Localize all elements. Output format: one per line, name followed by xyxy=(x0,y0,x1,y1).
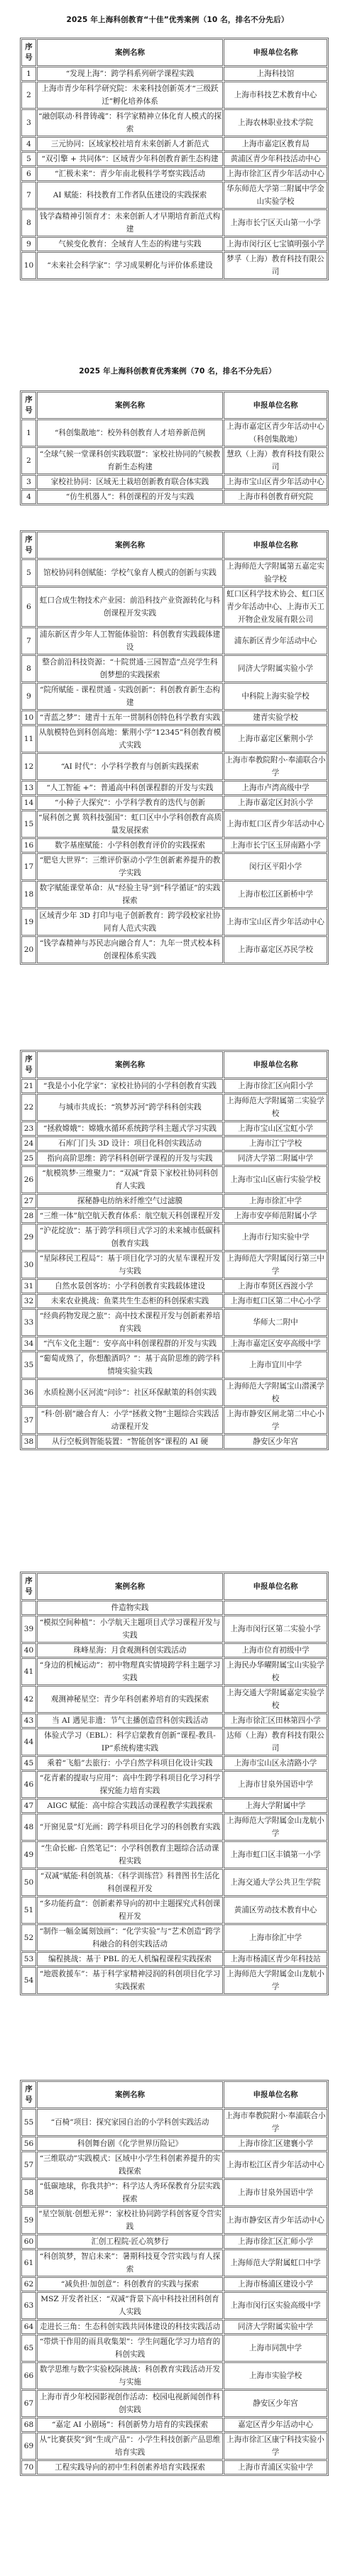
unit-name: 上海市行知实验中学 xyxy=(224,1224,327,1251)
table-row: 19区域青少年 3D 打印与电子创新教育：跨学段校家社协同育人范式实践上海市宝山… xyxy=(21,909,327,936)
row-number: 58 xyxy=(21,2179,36,2206)
unit-name: 上海市徐汇区向阳小学 xyxy=(224,1079,327,1093)
row-number: 52 xyxy=(21,1924,36,1951)
row-number: 1 xyxy=(21,67,36,81)
row-number: 8 xyxy=(21,209,36,236)
main-table-page-4: 序号案例名称申报单位名称件造物实践39“模拟空间种植”：小学航天主题项目式学习课… xyxy=(20,1572,329,1995)
row-number: 69 xyxy=(21,2433,36,2460)
top-ten-table: 序号案例名称申报单位名称1“发现上海”：跨学科系列研学课程实践上海科技馆2上海市… xyxy=(20,38,329,280)
case-name: 数学思维与数字实验校际挑战：科创教育实践活动开发与实施 xyxy=(37,2362,223,2389)
table-row: 14“小种子大探究”：小学科学教育的迭代与创新上海市嘉定区封浜小学 xyxy=(21,796,327,810)
row-number: 10 xyxy=(21,711,36,725)
unit-name: 上海市嘉定区苏民学校 xyxy=(224,936,327,963)
unit-name: 嘉定区青少年活动中心 xyxy=(224,2418,327,2432)
row-number: 12 xyxy=(21,753,36,780)
row-number: 40 xyxy=(21,1643,36,1657)
row-number: 31 xyxy=(21,1279,36,1293)
table-row: 23“拯救嫦娥”：嫦娥水循环系统跨学科主题式学习实践上海市宝山区宝虹小学 xyxy=(21,1122,327,1136)
table-row: 1“科创集散地”：校外科创教育人才培养新范例上海市嘉定区青少年活动中心（科创集散… xyxy=(21,420,327,446)
row-number: 39 xyxy=(21,1616,36,1643)
unit-name: 静安区少年宫 xyxy=(224,2390,327,2417)
table-row: 64走进长三角：生态科创实践共同体建设的科技实践活动同济大学附属实验中学 xyxy=(21,2320,327,2334)
table-row: 29“沪花绽放”：基于跨学科项目式学习的未来城市低碳科创教育实践上海市行知实验中… xyxy=(21,1224,327,1251)
unit-name: 浦东新区青少年活动中心 xyxy=(224,627,327,654)
row-number: 6 xyxy=(21,587,36,627)
table-row: 2“全球气候一堂课科创实践联盟”：家校社协同的气候教育新生态构建慧玖（上海）教育… xyxy=(21,447,327,474)
unit-name: 上海市甘泉外国语中学 xyxy=(224,2179,327,2206)
unit-name: 上海师范大学附属第二实验学校 xyxy=(224,1094,327,1121)
unit-name: 上海市徐汇中学 xyxy=(224,1924,327,1951)
table-header-row: 序号案例名称申报单位名称 xyxy=(21,532,327,559)
case-name: “人工智能 +”：普通高中科创课程群的开发与实践 xyxy=(37,781,223,795)
table-row: 67上海市青少年校园影视创作活动：校园电视新闻创作科创实践静安区少年宫 xyxy=(21,2390,327,2417)
case-name: “地震救援车”：基于科学家精神浸润的科创项目化学习实践探索 xyxy=(37,1967,223,1994)
unit-name: 上海市松江区新桥中学 xyxy=(224,881,327,908)
case-name: “未来社会科学家”：学习成果孵化与评价体系建设 xyxy=(37,252,223,279)
row-number: 6 xyxy=(21,167,36,181)
header-case-name: 案例名称 xyxy=(37,1051,223,1078)
table-row: 63MSZ 开发者社区：“双减”背景下高中科技社团科创育人实践上海市闵行区实验高… xyxy=(21,2292,327,2319)
unit-name: 闵行区平阳小学 xyxy=(224,853,327,880)
case-name: 钱学森精神引领育才：未来创新人才早期培育新范式构建 xyxy=(37,209,223,236)
case-name: 体验式学习（EBL）：科学启蒙教育创新“课程-教具-IP”系统构建实践 xyxy=(37,1728,223,1755)
case-name: 工程实践导向的初中生科创素养培育实践探索 xyxy=(37,2460,223,2474)
unit-name: 慧玖（上海）教育科技有限公司 xyxy=(224,447,327,474)
table-header-row: 序号案例名称申报单位名称 xyxy=(21,1573,327,1600)
row-number: 5 xyxy=(21,559,36,586)
unit-name: 上海市青浦区实验中学 xyxy=(224,2460,327,2474)
row-number: 1 xyxy=(21,420,36,446)
row-number: 28 xyxy=(21,1209,36,1223)
unit-name: 上海市杨浦区建设小学 xyxy=(224,2277,327,2291)
table-row: 36水质检测小区河流“问诊”：社区环保献策的科创实践上海师范大学附属宝山潜溪学校 xyxy=(21,1379,327,1406)
table-row: 69从“比赛获奖”到“生成产品”：小学生科技创新产品思维培育实践上海市徐汇区康宁… xyxy=(21,2433,327,2460)
case-name: “双减”赋能·科创筑基：《科学训练营》科普图书生活化科创课程开发 xyxy=(37,1869,223,1896)
unit-name: 上海市静安区闸北第二中心小学 xyxy=(224,1407,327,1434)
unit-name: 上海市科技艺术教育中心 xyxy=(224,82,327,109)
unit-name: 同济大学附属实验中学 xyxy=(224,2320,327,2334)
case-name: 当 AI 遇见非遗：节气主播创造营科创实践活动 xyxy=(37,1714,223,1728)
table-row: 16数字基座赋能：小学科创教育评价的实践探索上海市长宁区玉屏南路小学 xyxy=(21,838,327,853)
row-number: 9 xyxy=(21,683,36,710)
main-table-page-1: 序号案例名称申报单位名称1“科创集散地”：校外科创教育人才培养新范例上海市嘉定区… xyxy=(20,390,329,505)
case-name: 浦东新区青少年人工智能体验馆：科创教育实践载体建设 xyxy=(37,627,223,654)
case-name: “低碳地球，你我共护”：科学达人秀环保教育分层实践探索 xyxy=(37,2179,223,2206)
table-row: 18数字赋能课堂革命：从“经验主导”到“科学循证”的实践探索上海市松江区新桥中学 xyxy=(21,881,327,908)
case-name: 科创舞台剧《化学世界历险记》 xyxy=(37,2137,223,2151)
row-number: 18 xyxy=(21,881,36,908)
table-row: 34“汽车文化主题”：安亭高中科创课程群的开发与实践上海市嘉定区安亭高级中学 xyxy=(21,1337,327,1351)
unit-name: 上海师范大学附属第五嘉定实验学校 xyxy=(224,559,327,586)
case-name: 石库门门头 3D 设计：项目化科创实践活动 xyxy=(37,1136,223,1151)
unit-name: 达师（上海）教育科技有限公司 xyxy=(224,1728,327,1755)
row-number: 15 xyxy=(21,811,36,838)
row-number: 7 xyxy=(21,182,36,209)
case-name: 指向高阶思维：跨学科科创研学课程的开发与实践 xyxy=(37,1151,223,1166)
table-row: 11从航模特色到科创高地：紫荆小学“12345”科创教育模式实践上海市嘉定区紫荆… xyxy=(21,725,327,752)
table-row: 54“地震救援车”：基于科学家精神浸润的科创项目化学习实践探索上海师范大学附属金… xyxy=(21,1967,327,1994)
row-number: 63 xyxy=(21,2292,36,2319)
unit-name: 上海市卢湾高级中学 xyxy=(224,781,327,795)
case-name: “百椅”项目：探究家园自治的小学科创实践活动 xyxy=(37,2109,223,2136)
table-row: 56科创舞台剧《化学世界历险记》上海市徐汇区建襄小学 xyxy=(21,2137,327,2151)
row-number: 47 xyxy=(21,1799,36,1813)
row-number: 14 xyxy=(21,796,36,810)
case-name: “汽车文化主题”：安亭高中科创课程群的开发与实践 xyxy=(37,1337,223,1351)
unit-name: 梦孚（上海）教育科技有限公司 xyxy=(224,252,327,279)
row-number: 42 xyxy=(21,1686,36,1713)
row-number: 29 xyxy=(21,1224,36,1251)
row-number: 19 xyxy=(21,909,36,936)
row-number: 30 xyxy=(21,1251,36,1278)
unit-name: 上海市闵行区七宝镇明强小学 xyxy=(224,237,327,251)
case-name: “科·创·剧”融合育人：小学“拯救文物”主题综合实践活动课程开发 xyxy=(37,1407,223,1434)
unit-name: 上海市奉贤区西渡小学 xyxy=(224,1279,327,1293)
top-section-title: 2025 年上海科创教育“十佳”优秀案例（10 名，排名不分先后） xyxy=(0,14,355,25)
row-number: 60 xyxy=(21,2235,36,2249)
table-row: 46“花青素的提取与应用”：高中生跨学科项目化学习科学探究能力培育实践上海市甘泉… xyxy=(21,1771,327,1798)
unit-name: 同济大学第二附属中学 xyxy=(224,1151,327,1166)
case-name: “AI 时代”：小学科学教育与创新实践探索 xyxy=(37,753,223,780)
row-number: 16 xyxy=(21,838,36,853)
table-row: 7浦东新区青少年人工智能体验馆：科创教育实践载体建设浦东新区青少年活动中心 xyxy=(21,627,327,654)
case-name: 数字赋能课堂革命：从“经验主导”到“科学循证”的实践探索 xyxy=(37,881,223,908)
case-name: “星际移民工程局”：基于项目化学习的火星车课程开发与实践 xyxy=(37,1251,223,1278)
table-row: 7AI 赋能：科技教育工作者队伍建设的实践探索华东师范大学第二附属中学金山实验学… xyxy=(21,182,327,209)
row-number: 37 xyxy=(21,1407,36,1434)
table-row: 2上海市青少年科学研究院：未来科技创新英才“三级跃迁”孵化培养体系上海市科技艺术… xyxy=(21,82,327,109)
case-name: “经典药物发现之旅”：高中技术课程开发与创新素养培育实践 xyxy=(37,1309,223,1336)
table-row: 6虹口合成生物技术产业园：前沿科技产业资源转化与科创课程开发实践虹口区科学技术协… xyxy=(21,587,327,627)
case-name: 未来农业挑战：鱼菜共生生态柜的科创探索实践 xyxy=(37,1294,223,1308)
case-name: 观测神秘星空：青少年科创素养培育的实践探索 xyxy=(37,1686,223,1713)
row-number: 32 xyxy=(21,1294,36,1308)
case-name: “科创集散地”：校外科创教育人才培养新范例 xyxy=(37,420,223,446)
table-row: 47AIGC 赋能：高中综合实践活动课程教学实践探索上海大学附属中学 xyxy=(21,1799,327,1813)
unit-name: 上海市嘉定区教育局 xyxy=(224,137,327,151)
case-name: “嘉定 AI 小剧场”：科创新势力培育的实践探索 xyxy=(37,2418,223,2432)
table-row: 68“嘉定 AI 小剧场”：科创新势力培育的实践探索嘉定区青少年活动中心 xyxy=(21,2418,327,2432)
unit-name: 上海市徐汇区田林第四小学 xyxy=(224,1714,327,1728)
table-row: 30“星际移民工程局”：基于项目化学习的火星车课程开发与实践上海师范大学附属闵行… xyxy=(21,1251,327,1278)
unit-name: 上海市同凯中学 xyxy=(224,2335,327,2362)
table-row: 25指向高阶思维：跨学科科创研学课程的开发与实践同济大学第二附属中学 xyxy=(21,1151,327,1166)
unit-name: 上海市甘泉外国语中学 xyxy=(224,1771,327,1798)
unit-name: 中科院上海实验学校 xyxy=(224,683,327,710)
header-unit-name: 申报单位名称 xyxy=(224,2081,327,2108)
table-row: 49“生命长廊- 自然笔记”：小学科创教育主题综合活动课程实践上海市虹口区丰镇第… xyxy=(21,1841,327,1868)
case-name: “仿生机器人”：科创课程的开发与实践 xyxy=(37,490,223,504)
header-no: 序号 xyxy=(21,2081,36,2108)
table-row: 9气候变化教育：全域育人生态的构建与实践上海市闵行区七宝镇明强小学 xyxy=(21,237,327,251)
row-number: 38 xyxy=(21,1435,36,1449)
row-number: 64 xyxy=(21,2320,36,2334)
row-number: 22 xyxy=(21,1094,36,1121)
row-number: 44 xyxy=(21,1728,36,1755)
unit-name: 静安区少年宫 xyxy=(224,1435,327,1449)
table-row: 66数学思维与数字实验校际挑战：科创教育实践活动开发与实施上海市实验学校 xyxy=(21,2362,327,2389)
row-number: 50 xyxy=(21,1869,36,1896)
row-number: 27 xyxy=(21,1194,36,1208)
unit-name: 上海市长宁区玉屏南路小学 xyxy=(224,838,327,853)
table-row: 33“经典药物发现之旅”：高中技术课程开发与创新素养培育实践华师大二附中 xyxy=(21,1309,327,1336)
case-name: “拯救嫦娥”：嫦娥水循环系统跨学科主题式学习实践 xyxy=(37,1122,223,1136)
unit-name: 上海民办华曜附属宝山实验学校 xyxy=(224,1658,327,1685)
row-number: 9 xyxy=(21,237,36,251)
row-number: 34 xyxy=(21,1337,36,1351)
table-row: 28“三维一体”航空航天教育体系：航空航天科创课程开发上海市安亭师范附属小学 xyxy=(21,1209,327,1223)
row-number: 10 xyxy=(21,252,36,279)
unit-name: 上海市徐汇区建襄小学 xyxy=(224,2137,327,2151)
unit-name: 上海市江宁学校 xyxy=(224,1136,327,1151)
case-name: 编程挑战：基于 PBL 的无人机编程课程实践探索 xyxy=(37,1952,223,1966)
case-name: “星空领航·创想无界”：家校社协同跨学科创客夏令营实践 xyxy=(37,2207,223,2234)
case-name: MSZ 开发者社区：“双减”背景下高中科技社团科创育人实践 xyxy=(37,2292,223,2319)
case-name: “小种子大探究”：小学科学教育的迭代与创新 xyxy=(37,796,223,810)
row-number: 61 xyxy=(21,2249,36,2276)
unit-name: 上海市闵行区实验高级中学 xyxy=(224,2292,327,2319)
table-row: 件造物实践 xyxy=(21,1601,327,1615)
table-row: 60汇创工程院·匠心筑梦行上海市徐汇区汇师小学 xyxy=(21,2235,327,2249)
case-name: 上海市青少年科学研究院：未来科技创新英才“三级跃迁”孵化培养体系 xyxy=(37,82,223,109)
unit-name: 上海农林职业技术学院 xyxy=(224,109,327,136)
header-case-name: 案例名称 xyxy=(37,532,223,559)
table-row: 21“我是小小化学家”：家校社协同的小学科创教育实践上海市徐汇区向阳小学 xyxy=(21,1079,327,1093)
table-header-row: 序号案例名称申报单位名称 xyxy=(21,392,327,419)
case-name: 区域青少年 3D 打印与电子创新教育：跨学段校家社协同育人范式实践 xyxy=(37,909,223,936)
row-number: 17 xyxy=(21,853,36,880)
header-no: 序号 xyxy=(21,532,36,559)
row-number: 54 xyxy=(21,1967,36,1994)
case-name: 虹口合成生物技术产业园：前沿科技产业资源转化与科创课程开发实践 xyxy=(37,587,223,627)
table-row: 10“未来社会科学家”：学习成果孵化与评价体系建设梦孚（上海）教育科技有限公司 xyxy=(21,252,327,279)
unit-name: 上海市安亭师范附属小学 xyxy=(224,1209,327,1223)
row-number: 67 xyxy=(21,2390,36,2417)
header-unit-name: 申报单位名称 xyxy=(224,1573,327,1600)
unit-name: 上海市徐汇区青少年活动中心 xyxy=(224,167,327,181)
unit-name: 上海市科创教育研究院 xyxy=(224,490,327,504)
header-case-name: 案例名称 xyxy=(37,1573,223,1600)
case-name: 上海市青少年校园影视创作活动：校园电视新闻创作科创实践 xyxy=(37,2390,223,2417)
case-name: “院所赋能 - 课程贯通 - 实践创新”：科创教育新生态构建 xyxy=(37,683,223,710)
table-row: 48“开窗见景”灯光画：跨学科项目化学习的科创教育实践上海师范大学附属金山龙航小… xyxy=(21,1814,327,1841)
header-unit-name: 申报单位名称 xyxy=(224,1051,327,1078)
unit-name: 上海市宝山区永清路小学 xyxy=(224,1756,327,1770)
table-row: 39“模拟空间种植”：小学航天主题项目式学习课程开发与实践上海市闵行区第二实验小… xyxy=(21,1616,327,1643)
table-row: 32未来农业挑战：鱼菜共生生态柜的科创探索实践上海市虹口区第二中心小学 xyxy=(21,1294,327,1308)
table-row: 50“双减”赋能·科创筑基：《科学训练营》科普图书生活化科创课程开发上海交通大学… xyxy=(21,1869,327,1896)
unit-name: 上海市静安区青少年活动中心 xyxy=(224,2207,327,2234)
unit-name: 上海市松江区青少年活动中心 xyxy=(224,2152,327,2178)
case-name: “沪花绽放”：基于跨学科项目式学习的未来城市低碳科创教育实践 xyxy=(37,1224,223,1251)
unit-name: 华师大二附中 xyxy=(224,1309,327,1336)
case-name: “葡萄成熟了，你想酿酒吗？”：基于高阶思维的跨学科情境实验实践 xyxy=(37,1352,223,1379)
table-row: 58“低碳地球，你我共护”：科学达人秀环保教育分层实践探索上海市甘泉外国语中学 xyxy=(21,2179,327,2206)
row-number: 46 xyxy=(21,1771,36,1798)
table-header-row: 序号案例名称申报单位名称 xyxy=(21,1051,327,1078)
case-name: 整合前沿科技资源：“十院贯通-三园智造”点亮学生科创梦想的实践探索 xyxy=(37,655,223,682)
table-row: 24石库门门头 3D 设计：项目化科创实践活动上海市江宁学校 xyxy=(21,1136,327,1151)
case-name: 数字基座赋能：小学科创教育评价的实践探索 xyxy=(37,838,223,853)
table-header-row: 序号案例名称申报单位名称 xyxy=(21,2081,327,2108)
row-number: 4 xyxy=(21,490,36,504)
unit-name: 上海市实验学校 xyxy=(224,2362,327,2389)
table-row: 15“展科创之翼 筑科技强国”：虹口区中小学科创教育高质量发展探索上海市虹口区青… xyxy=(21,811,327,838)
case-name: “开窗见景”灯光画：跨学科项目化学习的科创教育实践 xyxy=(37,1814,223,1841)
unit-name: 上海市位育初级中学 xyxy=(224,1643,327,1657)
table-row: 5“双引擎 + 共同体”：区域青少年科创教育新生态构建黄浦区青少年科技活动中心 xyxy=(21,152,327,166)
table-row: 41“身边的机械运动”：初中物理真实情境跨学科主题学习实践上海民办华曜附属宝山实… xyxy=(21,1658,327,1685)
table-row: 22与城市共成长：“筑梦苏河”跨学科科创实践上海师范大学附属第二实验学校 xyxy=(21,1094,327,1121)
table-row: 35“葡萄成熟了，你想酿酒吗？”：基于高阶思维的跨学科情境实验实践上海市宜川中学 xyxy=(21,1352,327,1379)
unit-name: 上海大学附属中学 xyxy=(224,1799,327,1813)
unit-name: 上海市嘉定区青少年活动中心（科创集散地） xyxy=(224,420,327,446)
case-name: “全球气候一堂课科创实践联盟”：家校社协同的气候教育新生态构建 xyxy=(37,447,223,474)
table-row: 20“钱学森精神与苏民志向融合育人”：九年一贯式校本科创课程体系实践上海市嘉定区… xyxy=(21,936,327,963)
unit-name: 建青实验学校 xyxy=(224,711,327,725)
case-name: AI 赋能：科技教育工作者队伍建设的实践探索 xyxy=(37,182,223,209)
case-name: “带烘干作用的雨具收集架”：学生问题化学习力培育的科创实践 xyxy=(37,2335,223,2362)
table-row: 57“三维联动”实践模式：区域中小学生科创素养提升的实践探索上海市松江区青少年活… xyxy=(21,2152,327,2178)
row-number: 2 xyxy=(21,447,36,474)
main-table-page-5: 序号案例名称申报单位名称55“百椅”项目：探究家园自治的小学科创实践活动上海市奉… xyxy=(20,2080,329,2476)
row-number: 7 xyxy=(21,627,36,654)
case-name: “身边的机械运动”：初中物理真实情境跨学科主题学习实践 xyxy=(37,1658,223,1685)
row-number: 4 xyxy=(21,137,36,151)
case-name: 珠峰星海：月食观测科创实践活动 xyxy=(37,1643,223,1657)
header-no: 序号 xyxy=(21,1573,36,1600)
table-row: 55“百椅”项目：探究家园自治的小学科创实践活动上海市奉教院附小·奉浦联合小学 xyxy=(21,2109,327,2136)
table-row: 53编程挑战：基于 PBL 的无人机编程课程实践探索上海市杨浦区青少年科技站 xyxy=(21,1952,327,1966)
unit-name: 上海市嘉定区紫荆小学 xyxy=(224,725,327,752)
unit-name: 上海市宝山区青少年活动中心 xyxy=(224,475,327,489)
table-row: 59“星空领航·创想无界”：家校社协同跨学科创客夏令营实践上海市静安区青少年活动… xyxy=(21,2207,327,2234)
row-number: 33 xyxy=(21,1309,36,1336)
case-name: 气候变化教育：全域育人生态的构建与实践 xyxy=(37,237,223,251)
unit-name: 上海市宜川中学 xyxy=(224,1352,327,1379)
row-number: 56 xyxy=(21,2137,36,2151)
table-row: 40珠峰星海：月食观测科创实践活动上海市位育初级中学 xyxy=(21,1643,327,1657)
case-name: “展科创之翼 筑科技强国”：虹口区中小学科创教育高质量发展探索 xyxy=(37,811,223,838)
unit-name: 上海科技馆 xyxy=(224,67,327,81)
case-name: “三维联动”实践模式：区域中小学生科创素养提升的实践探索 xyxy=(37,2152,223,2178)
case-name: “模拟空间种植”：小学航天主题项目式学习课程开发与实践 xyxy=(37,1616,223,1643)
unit-name: 同济大学附属实验小学 xyxy=(224,655,327,682)
unit-name: 上海市嘉定区封浜小学 xyxy=(224,796,327,810)
case-name: 乘着“飞船”去旅行：小学自然学科项目化设计实践 xyxy=(37,1756,223,1770)
row-number: 3 xyxy=(21,109,36,136)
header-no: 序号 xyxy=(21,392,36,419)
unit-name: 上海市杨浦区青少年科技站 xyxy=(224,1952,327,1966)
unit-name: 上海市闵行区第二实验小学 xyxy=(224,1616,327,1643)
case-name: “双引擎 + 共同体”：区域青少年科创教育新生态构建 xyxy=(37,152,223,166)
table-row: 13“人工智能 +”：普通高中科创课程群的开发与实践上海市卢湾高级中学 xyxy=(21,781,327,795)
row-number: 68 xyxy=(21,2418,36,2432)
case-name: “我是小小化学家”：家校社协同的小学科创教育实践 xyxy=(37,1079,223,1093)
unit-name: 黄浦区劳动技术教育中心 xyxy=(224,1897,327,1924)
row-number: 49 xyxy=(21,1841,36,1868)
row-number: 5 xyxy=(21,152,36,166)
unit-name: 上海市宝山区宝虹小学 xyxy=(224,1122,327,1136)
row-number: 13 xyxy=(21,781,36,795)
row-number: 45 xyxy=(21,1756,36,1770)
table-row: 4“仿生机器人”：科创课程的开发与实践上海市科创教育研究院 xyxy=(21,490,327,504)
row-number: 62 xyxy=(21,2277,36,2291)
row-number: 2 xyxy=(21,82,36,109)
header-unit-name: 申报单位名称 xyxy=(224,532,327,559)
unit-name: 上海市徐汇区康宁科技实验小学 xyxy=(224,2433,327,2460)
unit-name: 上海市虹口区第二中心小学 xyxy=(224,1294,327,1308)
unit-name: 上海市嘉定区安亭高级中学 xyxy=(224,1337,327,1351)
header-unit-name: 申报单位名称 xyxy=(224,39,327,66)
table-row: 9“院所赋能 - 课程贯通 - 实践创新”：科创教育新生态构建中科院上海实验学校 xyxy=(21,683,327,710)
main-section-title: 2025 年上海科创教育优秀案例（70 名，排名不分先后） xyxy=(0,366,355,376)
table-row: 1“发现上海”：跨学科系列研学课程实践上海科技馆 xyxy=(21,67,327,81)
unit-name: 上海市奉教院附小·奉浦联合小学 xyxy=(224,753,327,780)
table-row: 38从行空板到智能装置：“智能创客”课程的 AI 硬静安区少年宫 xyxy=(21,1435,327,1449)
case-name: “肥皂大世界”：三维评价驱动小学生创新素养提升的教学实践 xyxy=(37,853,223,880)
table-row: 61“科创筑梦，智启未来”：暑期科技夏令营实践与育人探索上海师范大学附属虹口中学 xyxy=(21,2249,327,2276)
row-number: 21 xyxy=(21,1079,36,1093)
case-name: “三维一体”航空航天教育体系：航空航天科创课程开发 xyxy=(37,1209,223,1223)
case-name: “多功能药盒”：创新素养导向的初中主题探究式科创课程开发 xyxy=(37,1897,223,1924)
header-unit-name: 申报单位名称 xyxy=(224,392,327,419)
table-row: 26“航模筑梦·三维聚力”：“双减”背景下家校社协同科创育人实践上海市宝山区庙行… xyxy=(21,1166,327,1193)
table-row: 3家校社协同：区域无土栽培创新教育联合体实践上海市宝山区青少年活动中心 xyxy=(21,475,327,489)
case-name: 馆校协同科创赋能：学校气象育人模式的创新与实践 xyxy=(37,559,223,586)
row-number: 57 xyxy=(21,2152,36,2178)
unit-name: 上海市宝山区青少年活动中心 xyxy=(224,909,327,936)
case-name: “汇极未来”：青少年南北极科学考察实践活动 xyxy=(37,167,223,181)
unit-name: 上海师范大学附属虹口中学 xyxy=(224,2249,327,2276)
row-number: 51 xyxy=(21,1897,36,1924)
unit-name: 上海师范大学附属闵行第三中学 xyxy=(224,1251,327,1278)
case-name: “发现上海”：跨学科系列研学课程实践 xyxy=(37,67,223,81)
case-name: 从航模特色到科创高地：紫荆小学“12345”科创教育模式实践 xyxy=(37,725,223,752)
unit-name: 上海交通大学公共卫生学院 xyxy=(224,1869,327,1896)
unit-name: 上海市徐汇中学 xyxy=(224,1194,327,1208)
row-number: 65 xyxy=(21,2335,36,2362)
table-row: 4三元协同：区域家校社培育未来创新人才新范式上海市嘉定区教育局 xyxy=(21,137,327,151)
table-row: 31自然水景创客坊：小学科创教育实践载体建设上海市奉贤区西渡小学 xyxy=(21,1279,327,1293)
case-name: “生命长廊- 自然笔记”：小学科创教育主题综合活动课程实践 xyxy=(37,1841,223,1868)
case-name: AIGC 赋能：高中综合实践活动课程教学实践探索 xyxy=(37,1799,223,1813)
row-number: 53 xyxy=(21,1952,36,1966)
unit-name: 上海市虹口区青少年活动中心 xyxy=(224,811,327,838)
case-name: 水质检测小区河流“问诊”：社区环保献策的科创实践 xyxy=(37,1379,223,1406)
unit-name xyxy=(224,1601,327,1615)
header-case-name: 案例名称 xyxy=(37,392,223,419)
header-no: 序号 xyxy=(21,39,36,66)
row-number xyxy=(21,1601,36,1615)
row-number: 55 xyxy=(21,2109,36,2136)
table-row: 3“融创联动·科普铸魂”：科学家精神立体化育人模式的探索上海农林职业技术学院 xyxy=(21,109,327,136)
case-name: 探秘静电纺纳米纤维空气过滤膜 xyxy=(37,1194,223,1208)
table-row: 8钱学森精神引领育才：未来创新人才早期培育新范式构建上海市长宁区天山第一小学 xyxy=(21,209,327,236)
case-name: 三元协同：区域家校社培育未来创新人才新范式 xyxy=(37,137,223,151)
case-name: 从“比赛获奖”到“生成产品”：小学生科技创新产品思维培育实践 xyxy=(37,2433,223,2460)
header-no: 序号 xyxy=(21,1051,36,1078)
unit-name: 黄浦区青少年科技活动中心 xyxy=(224,152,327,166)
case-name: 走进长三角：生态科创实践共同体建设的科技实践活动 xyxy=(37,2320,223,2334)
row-number: 3 xyxy=(21,475,36,489)
table-row: 65“带烘干作用的雨具收集架”：学生问题化学习力培育的科创实践上海市同凯中学 xyxy=(21,2335,327,2362)
unit-name: 上海师范大学附属金山龙航小学 xyxy=(224,1967,327,1994)
row-number: 20 xyxy=(21,936,36,963)
table-row: 8整合前沿科技资源：“十院贯通-三园智造”点亮学生科创梦想的实践探索同济大学附属… xyxy=(21,655,327,682)
row-number: 23 xyxy=(21,1122,36,1136)
row-number: 8 xyxy=(21,655,36,682)
